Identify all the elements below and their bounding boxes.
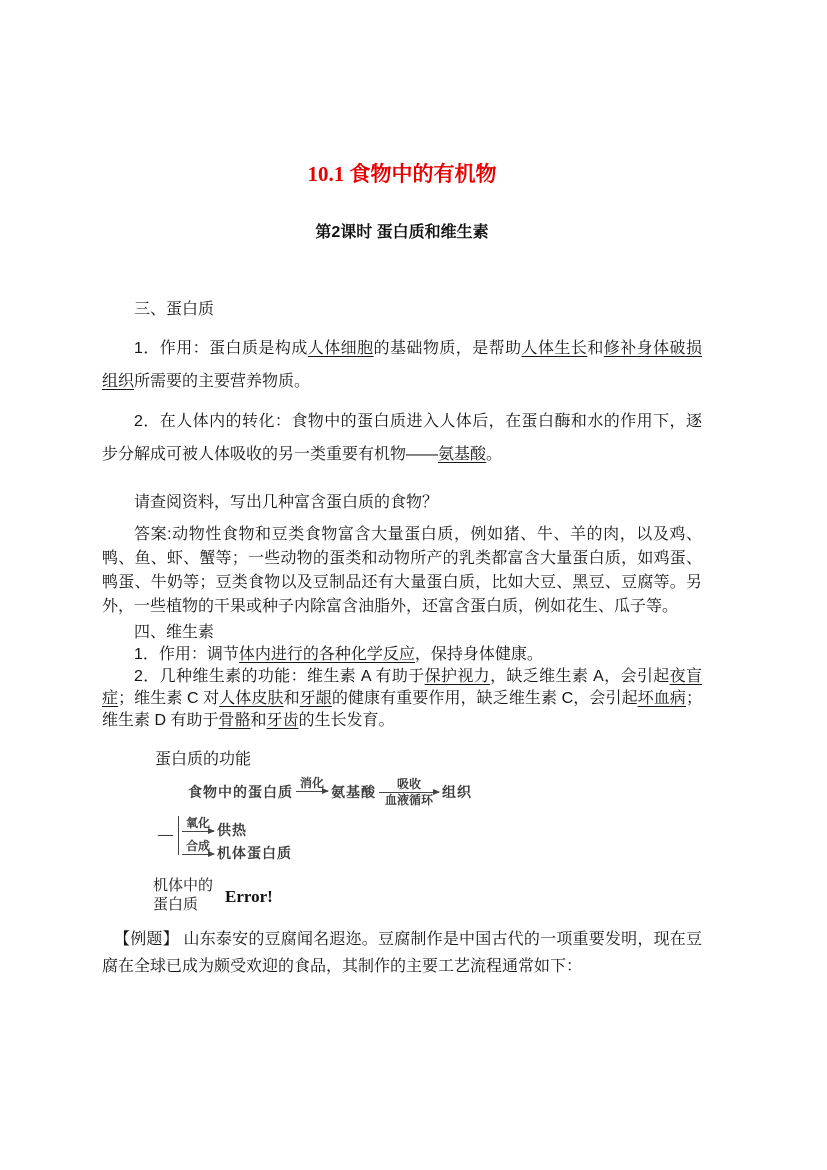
underlined-text: 氨基酸 — [438, 446, 486, 463]
text-run: ，缺乏维生素 A，会引起 — [490, 668, 670, 685]
text-run: 1．作用：蛋白质是构成 — [134, 340, 308, 357]
flow-node-amino-acid: 氨基酸 — [331, 782, 376, 802]
paragraph-answer: 答案:动物性食物和豆类食物富含大量蛋白质，例如猪、牛、羊的肉，以及鸡、鸭、鱼、虾… — [102, 523, 702, 619]
underlined-text: 保护视力 — [425, 668, 490, 685]
flow-branch-group: — 氧化 供热 合成 机体蛋白质 — [158, 816, 292, 855]
branch-dash: — — [158, 827, 173, 844]
arrow-shaft-icon — [182, 831, 214, 832]
page-subtitle: 第2课时 蛋白质和维生素 — [102, 223, 702, 243]
text-run: 的基础物质，是帮助 — [374, 340, 522, 357]
branch-synthesis: 合成 机体蛋白质 — [182, 839, 292, 855]
text-run: 和 — [587, 340, 603, 357]
arrow-shaft-icon — [296, 791, 328, 792]
document-page: 10.1 食物中的有机物 第2课时 蛋白质和维生素 三、蛋白质 1．作用：蛋白质… — [0, 0, 827, 1170]
underlined-text: 骨骼 — [218, 712, 250, 729]
branch-body-protein-target: 机体蛋白质 — [217, 847, 292, 863]
underlined-text: 牙龈 — [300, 690, 332, 707]
text-run: 。 — [486, 446, 502, 463]
paragraph-vitamin-role: 1．作用：调节体内进行的各种化学反应，保持身体健康。 — [102, 644, 702, 666]
flow-node-tissue: 组织 — [442, 782, 472, 802]
paragraph-example: 【例题】 山东泰安的豆腐闻名遐迩。豆腐制作是中国古代的一项重要发明，现在豆腐在全… — [102, 926, 702, 980]
text-run: 和 — [250, 712, 266, 729]
error-field-text: Error! — [225, 887, 273, 907]
arrow-shaft-icon — [182, 854, 214, 855]
text-run: 的生长发育。 — [299, 712, 395, 729]
page-title: 10.1 食物中的有机物 — [102, 161, 702, 187]
protein-flow-diagram: 食物中的蛋白质 消化 氨基酸 吸收 血液循环 组织 — — [102, 776, 702, 876]
branch-bracket: 氧化 供热 合成 机体蛋白质 — [178, 816, 292, 855]
paragraph-question: 请查阅资料，写出几种富含蛋白质的食物？ — [102, 491, 702, 515]
branch-synthesis-arrow-icon: 合成 — [182, 839, 214, 855]
label-body-protein-line2: 蛋白质 — [153, 895, 213, 914]
flow-arrow-digestion-icon: 消化 — [296, 776, 328, 807]
text-run: 2．几种维生素的功能：维生素 A 有助于 — [134, 668, 425, 685]
underlined-text: 牙齿 — [266, 712, 298, 729]
paragraph-protein-transform: 2．在人体内的转化：食物中的蛋白质进入人体后，在蛋白酶和水的作用下，逐步分解成可… — [102, 405, 702, 471]
underlined-text: 人体细胞 — [308, 340, 374, 357]
text-run: 2．在人体内的转化：食物中的蛋白质进入人体后，在蛋白酶和水的作用下，逐步分解成可… — [102, 413, 702, 463]
underlined-text: 体内进行的各种化学反应 — [239, 646, 415, 663]
text-run: ，保持身体健康。 — [415, 646, 543, 663]
branch-synthesis-label: 合成 — [186, 839, 210, 853]
flow-arrow-blood-label: 血液循环 — [385, 793, 433, 807]
document-content: 10.1 食物中的有机物 第2课时 蛋白质和维生素 三、蛋白质 1．作用：蛋白质… — [102, 0, 702, 980]
flow-arrow-absorption-label: 吸收 — [397, 777, 421, 791]
flow-node-food-protein: 食物中的蛋白质 — [188, 782, 293, 802]
section-heading-protein: 三、蛋白质 — [102, 300, 702, 320]
branch-heat-target: 供热 — [217, 824, 247, 840]
paragraph-vitamin-functions: 2．几种维生素的功能：维生素 A 有助于保护视力，缺乏维生素 A，会引起夜盲症；… — [102, 666, 702, 732]
underlined-text: 坏血病 — [638, 690, 686, 707]
text-run: 的健康有重要作用，缺乏维生素 C，会引起 — [332, 690, 638, 707]
body-protein-error-row: 机体中的 蛋白质 Error! — [153, 876, 702, 914]
arrow-shaft-icon — [379, 792, 439, 793]
label-protein-function: 蛋白质的功能 — [102, 750, 702, 770]
text-run: ；维生素 C 对 — [118, 690, 219, 707]
label-body-protein-line1: 机体中的 — [153, 876, 213, 895]
underlined-text: 人体生长 — [522, 340, 588, 357]
branch-oxidation-arrow-icon: 氧化 — [182, 816, 214, 832]
flow-arrow-digestion-label: 消化 — [300, 776, 324, 790]
flow-arrow-absorption-icon: 吸收 血液循环 — [379, 777, 439, 807]
section-heading-vitamin: 四、维生素 — [102, 621, 702, 644]
branch-oxidation: 氧化 供热 — [182, 816, 292, 832]
branch-oxidation-label: 氧化 — [186, 816, 210, 830]
underlined-text: 人体皮肤 — [219, 690, 283, 707]
paragraph-protein-role: 1．作用：蛋白质是构成人体细胞的基础物质，是帮助人体生长和修补身体破损组织所需要… — [102, 332, 702, 398]
text-run: 所需要的主要营养物质。 — [134, 373, 310, 390]
text-run: 和 — [284, 690, 300, 707]
label-body-protein: 机体中的 蛋白质 — [153, 876, 213, 914]
flow-main-row: 食物中的蛋白质 消化 氨基酸 吸收 血液循环 组织 — [188, 776, 472, 807]
text-run: 1．作用：调节 — [134, 646, 239, 663]
